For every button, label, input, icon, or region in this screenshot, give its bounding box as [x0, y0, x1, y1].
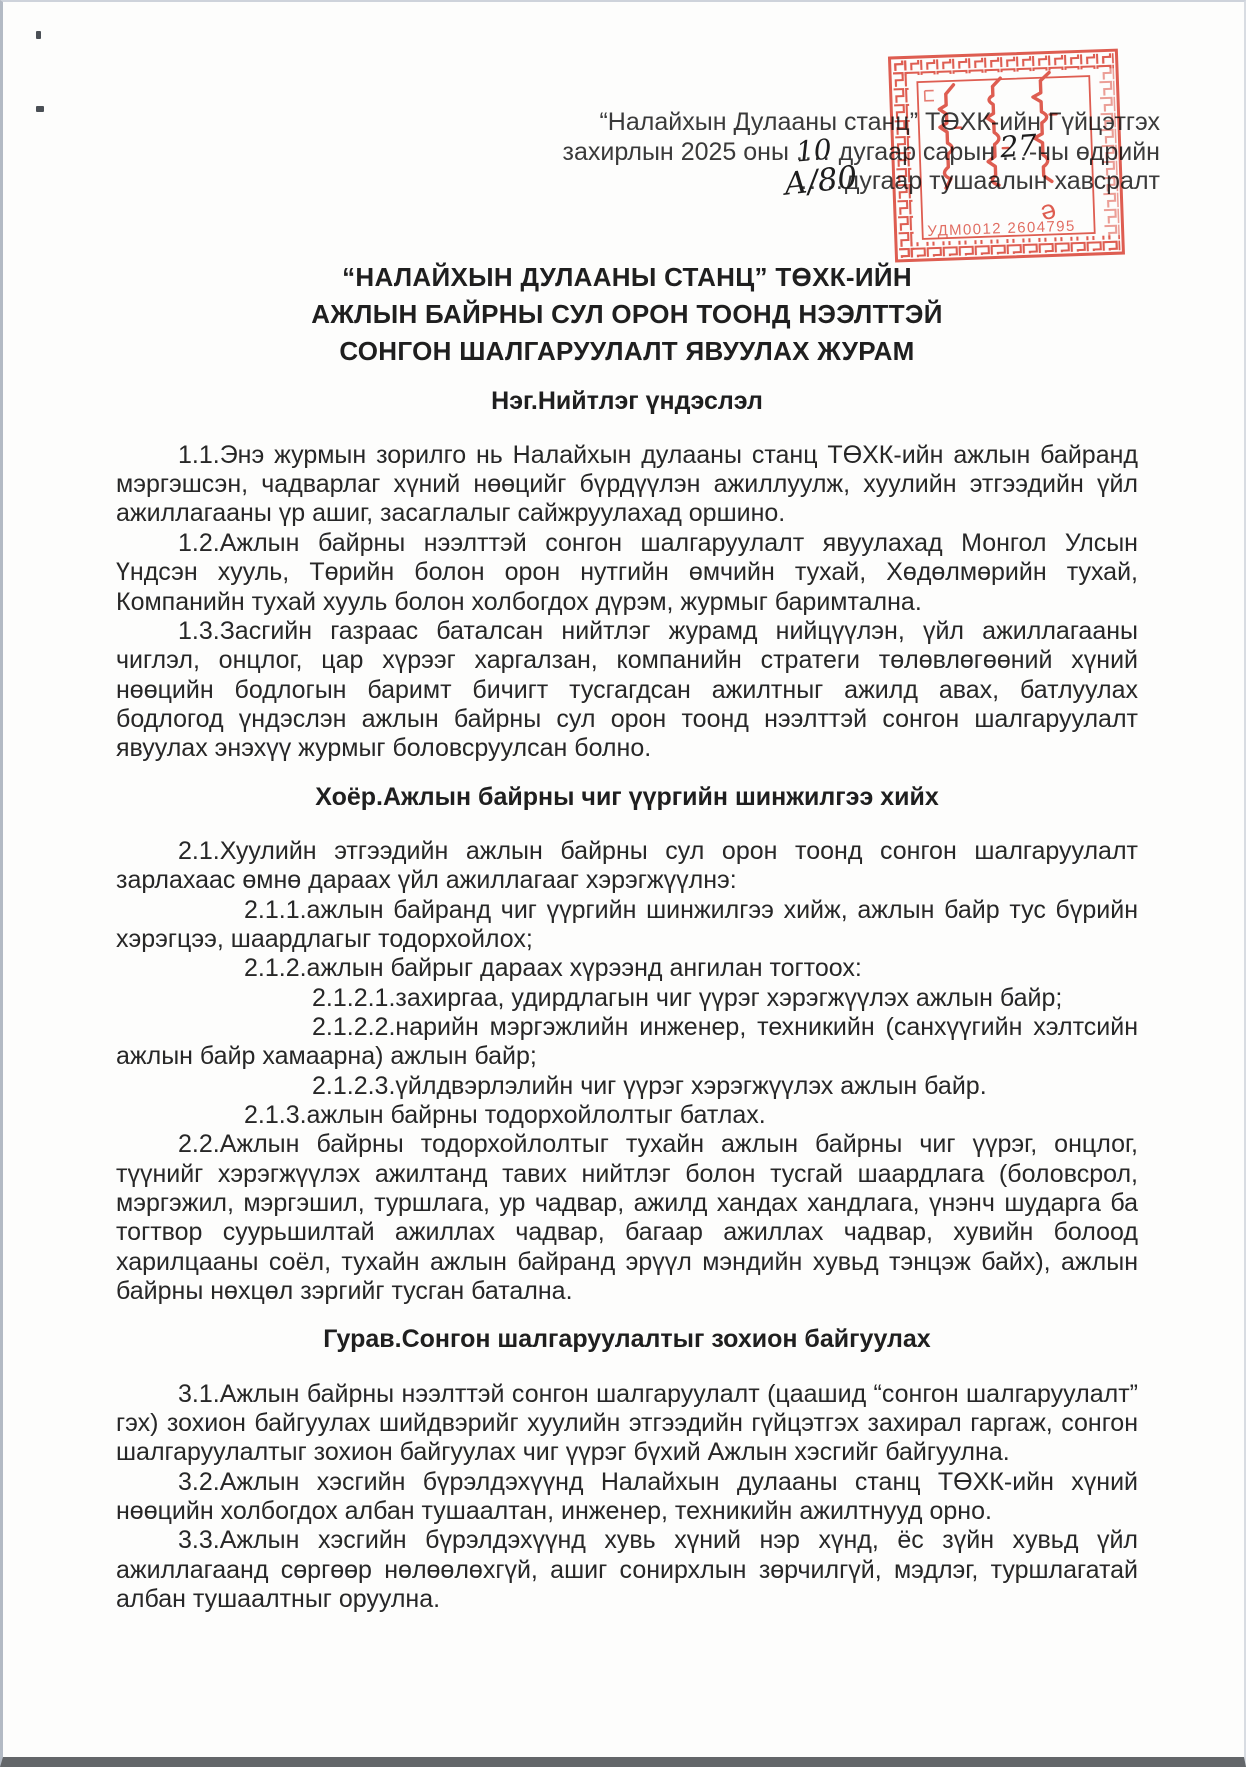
document-title: “НАЛАЙХЫН ДУЛААНЫ СТАНЦ” ТӨХК-ИЙН АЖЛЫН … [116, 259, 1138, 370]
document-body: Нэг.Нийтлэг үндэслэл1.1.Энэ журмын зорил… [116, 387, 1138, 1615]
paragraph: 2.1.3.ажлын байрны тодорхойлолтыг батлах… [116, 1101, 1138, 1130]
handwritten-order-number: А/80 [783, 163, 859, 200]
stamp-meander-top [893, 53, 1114, 76]
handwritten-day: 27 [999, 130, 1038, 162]
scan-speck [36, 31, 41, 39]
paragraph: 1.3.Засгийн газраас баталсан нийтлэг жур… [116, 617, 1138, 764]
title-line-2: АЖЛЫН БАЙРНЫ СУЛ ОРОН ТООНД НЭЭЛТТЭЙ [116, 296, 1138, 333]
section-heading: Гурав.Сонгон шалгаруулалтыг зохион байгу… [116, 1325, 1138, 1354]
section-heading: Нэг.Нийтлэг үндэслэл [116, 387, 1138, 416]
paragraph: 2.1.2.2.нарийн мэргэжлийн инженер, техни… [116, 1013, 1138, 1072]
paragraph: 3.1.Ажлын байрны нээлттэй сонгон шалгару… [116, 1380, 1138, 1468]
ref-line-2-prefix: захирлын 2025 оны [563, 138, 796, 166]
paragraph: 2.1.1.ажлын байранд чиг үүргийн шинжилгэ… [116, 896, 1138, 955]
stamp-meander-bottom [899, 235, 1120, 258]
stamp-serial: УДМ0012 2604795 [927, 218, 1076, 240]
paragraph: 1.1.Энэ журмын зорилго нь Налайхын дулаа… [116, 441, 1138, 529]
paragraph: 2.1.2.3.үйлдвэрлэлийн чиг үүрэг хэрэгжүү… [116, 1072, 1138, 1101]
title-line-3: СОНГОН ШАЛГАРУУЛАЛТ ЯВУУЛАХ ЖУРАМ [116, 333, 1138, 370]
scanned-document-page: “Налайхын Дулааны станц” ТӨХК-ийн Гүйцэт… [0, 0, 1246, 1767]
title-line-1: “НАЛАЙХЫН ДУЛААНЫ СТАНЦ” ТӨХК-ИЙН [116, 259, 1138, 296]
order-number-blank: .....А/80 [800, 167, 845, 197]
paragraph: 2.1.2.1.захиргаа, удирдлагын чиг үүрэг х… [116, 984, 1138, 1013]
paragraph: 1.2.Ажлын байрны нээлттэй сонгон шалгару… [116, 529, 1138, 617]
day-blank: ...27 [1002, 138, 1029, 168]
ref-line-1-text: “Налайхын Дулааны станц” ТӨХК-ийн Гүйцэт… [599, 108, 1160, 136]
paragraph: 3.2.Ажлын хэсгийн бүрэлдэхүүнд Налайхын … [116, 1468, 1138, 1527]
paragraph: 2.1.2.ажлын байрыг дараах хүрээнд ангила… [116, 954, 1138, 983]
ref-line-3-suffix: дугаар тушаалын хавсралт [845, 167, 1160, 195]
paragraph: 2.1.Хуулийн этгээдийн ажлын байрны сул о… [116, 837, 1138, 896]
ref-line-1: “Налайхын Дулааны станц” ТӨХК-ийн Гүйцэт… [3, 108, 1160, 138]
paragraph: 3.3.Ажлын хэсгийн бүрэлдэхүүнд хувь хүни… [116, 1526, 1138, 1614]
paragraph: 2.2.Ажлын байрны тодорхойлолтыг тухайн а… [116, 1130, 1138, 1306]
ref-line-2-mid: дугаар сарын [832, 138, 1002, 166]
ref-line-3: .....А/80дугаар тушаалын хавсралт [3, 167, 1160, 197]
approval-reference: “Налайхын Дулааны станц” ТӨХК-ийн Гүйцэт… [3, 108, 1160, 197]
ref-line-2-suffix: -ны өдрийн [1029, 138, 1160, 166]
stamp-symbol: ə [1037, 194, 1060, 227]
section-heading: Хоёр.Ажлын байрны чиг үүргийн шинжилгээ … [116, 783, 1138, 812]
ref-line-2: захирлын 2025 оны ....10 дугаар сарын ..… [3, 138, 1160, 168]
stamp-ornament [925, 91, 934, 101]
